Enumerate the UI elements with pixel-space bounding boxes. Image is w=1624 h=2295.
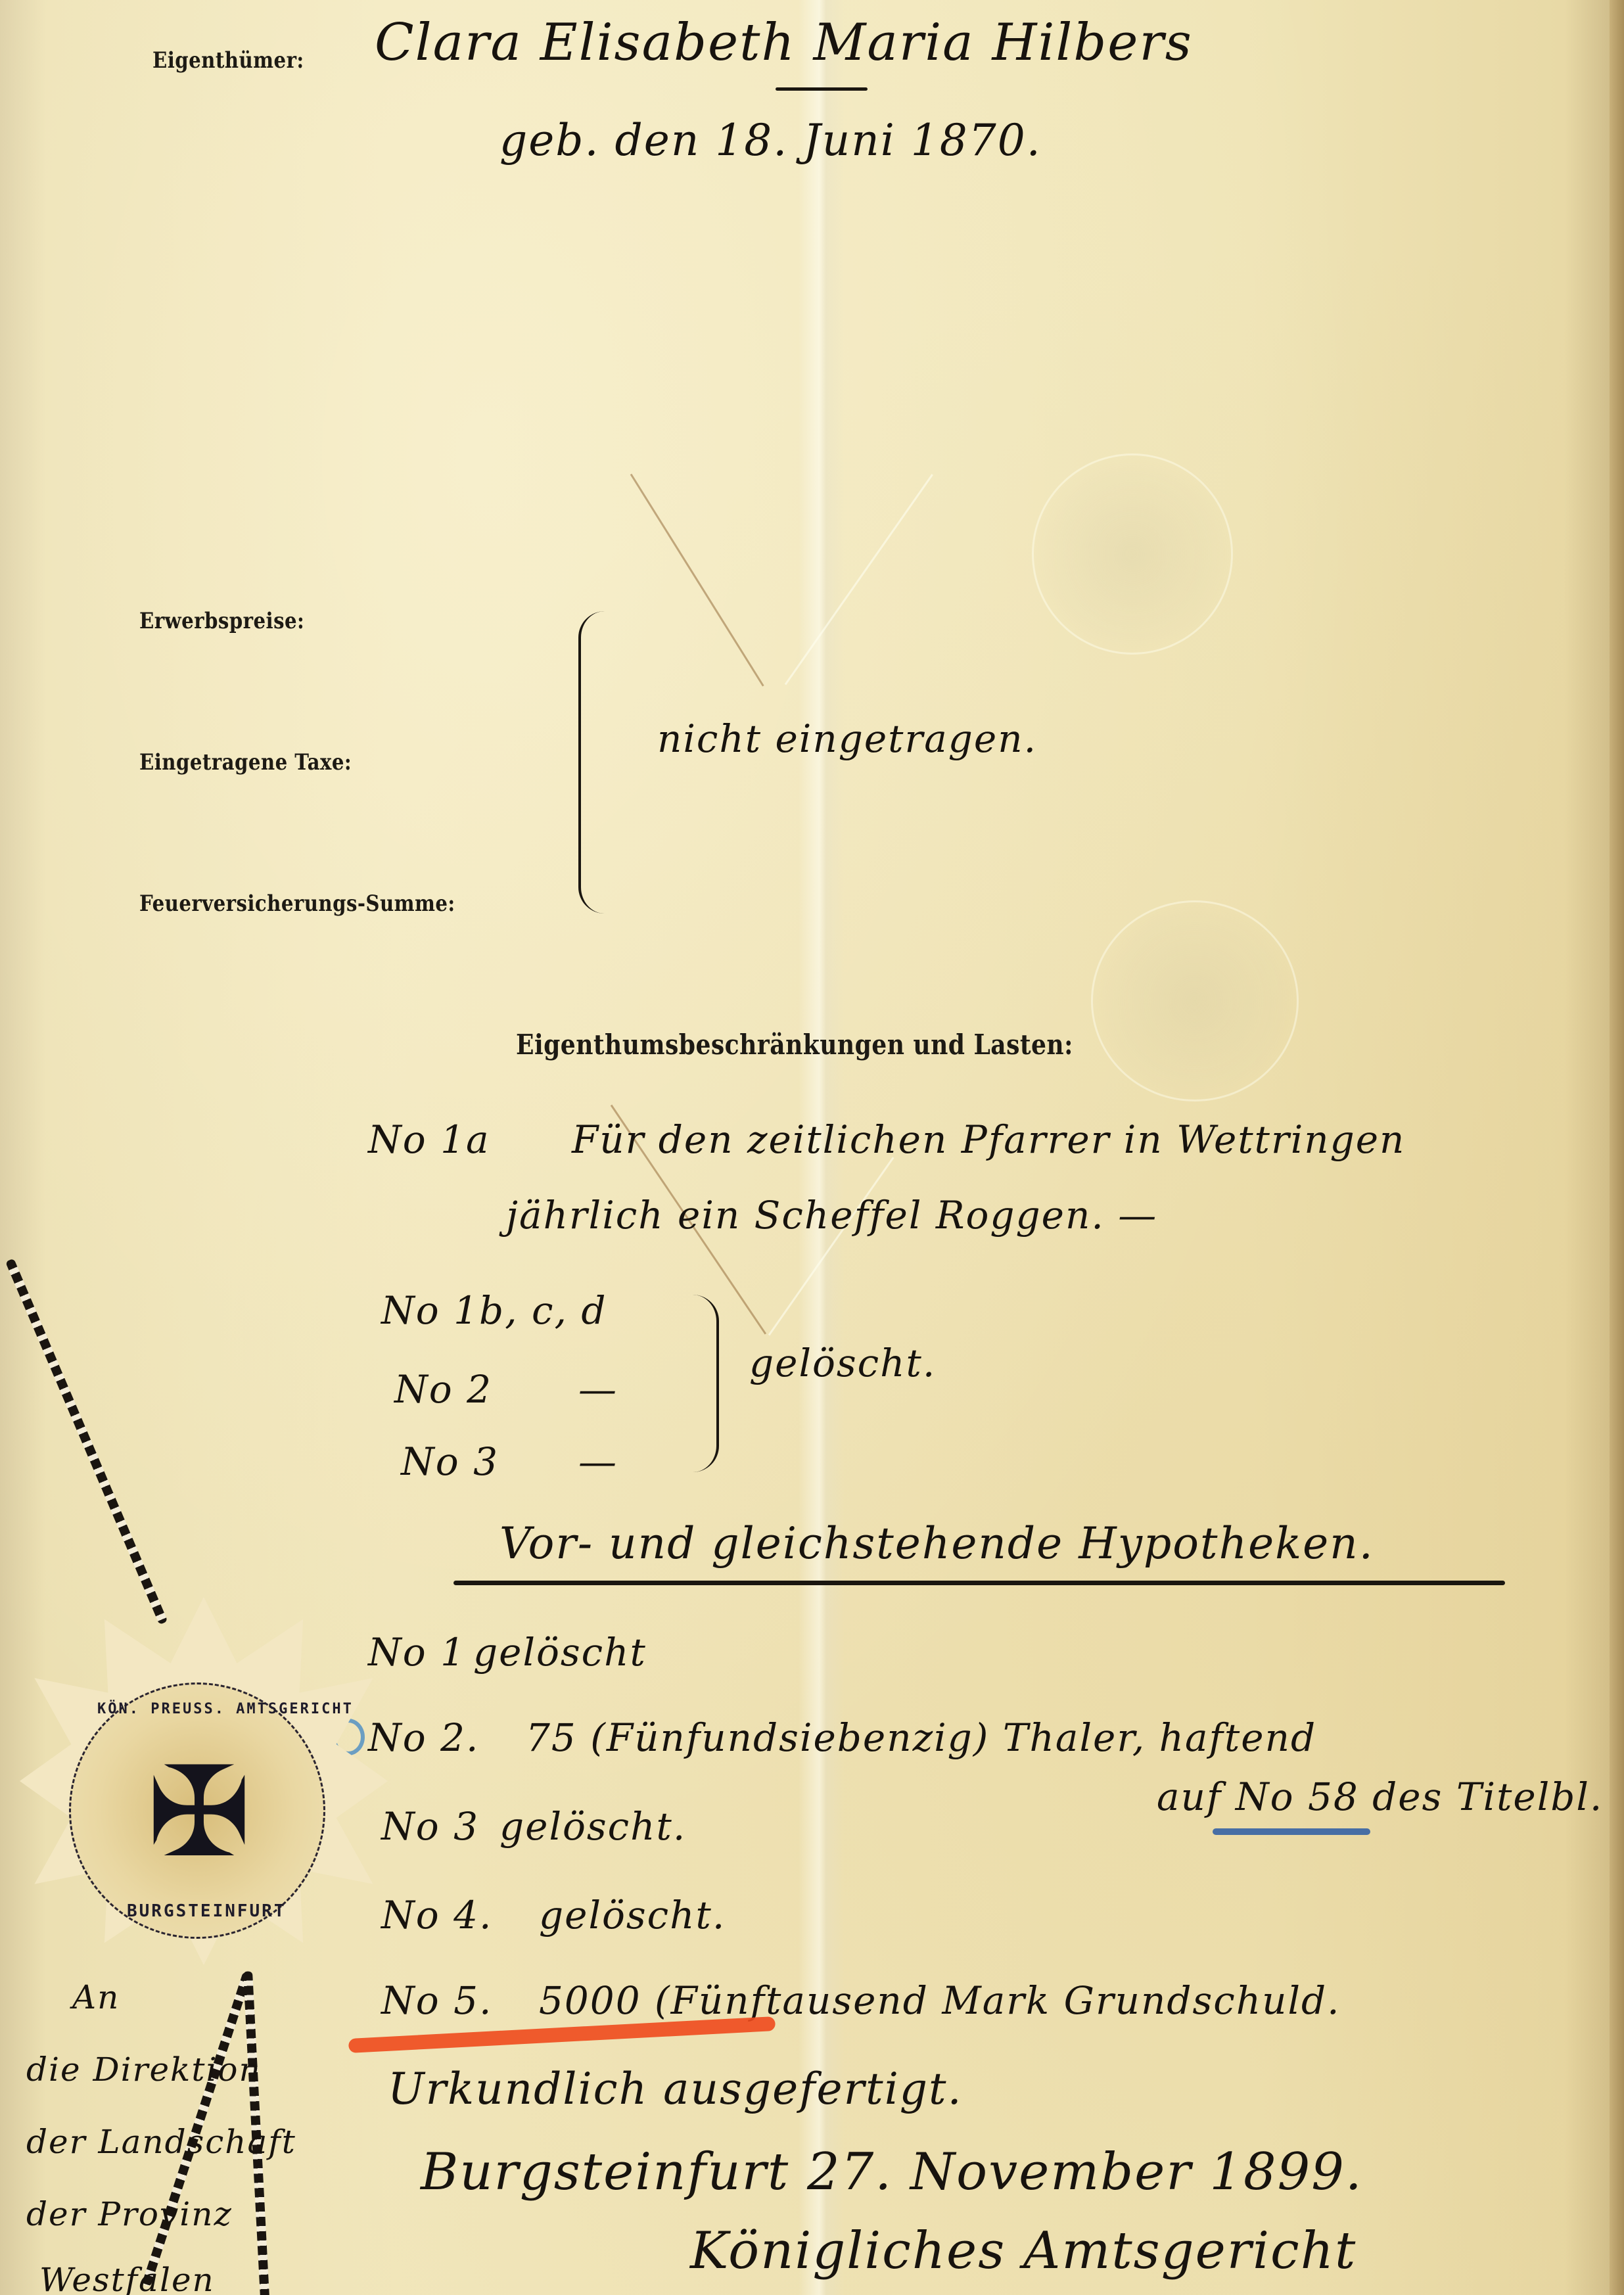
mortgage-text: 75 (Fünfundsiebenzig) Thaler, haftend xyxy=(526,1715,1316,1760)
restriction-text: Für den zeitlichen Pfarrer in Wettringen xyxy=(572,1117,1405,1162)
restriction-no: No 2 xyxy=(394,1367,492,1412)
registered-tax-label: Eingetragene Taxe: xyxy=(139,749,352,776)
fire-insurance-label: Feuerversicherungs-Summe: xyxy=(139,891,455,917)
mortgage-text: gelöscht. xyxy=(499,1804,686,1849)
owner-underline xyxy=(776,87,868,91)
values-not-registered: nicht eingetragen. xyxy=(657,716,1037,761)
values-brace xyxy=(578,611,607,914)
restriction-dash: — xyxy=(578,1367,618,1412)
owner-label: Eigenthümer: xyxy=(152,47,304,74)
fold-crease-left xyxy=(630,474,764,687)
mortgage-no: No 4. xyxy=(381,1893,492,1937)
embossed-seal-top xyxy=(1032,453,1233,655)
binding-string-upper xyxy=(5,1259,168,1625)
restrictions-deleted: gelöscht. xyxy=(749,1341,936,1385)
certification-line: Urkundlich ausgefertigt. xyxy=(388,2064,963,2114)
mortgage-text: gelöscht xyxy=(473,1630,647,1675)
mortgage-text-continued: auf No 58 des Titelbl. xyxy=(1157,1774,1603,1819)
blue-underline xyxy=(1213,1828,1370,1835)
mortgage-text: 5000 (Fünftausend Mark Grundschuld. xyxy=(539,1978,1341,2023)
owner-name: Clara Elisabeth Maria Hilbers xyxy=(375,13,1193,72)
mortgage-text: gelöscht. xyxy=(539,1893,726,1937)
margin-note-line: An xyxy=(72,1978,120,2016)
certification-authority: Königliches Amtsgericht xyxy=(690,2221,1357,2281)
restriction-dash: — xyxy=(578,1439,618,1484)
page-edge xyxy=(1610,0,1624,2295)
restriction-text: jährlich ein Scheffel Roggen. — xyxy=(506,1193,1157,1238)
restriction-no: No 1b, c, d xyxy=(381,1288,607,1333)
owner-birth: geb. den 18. Juni 1870. xyxy=(499,115,1042,166)
mortgages-heading: Vor- und gleichstehende Hypotheken. xyxy=(499,1518,1374,1569)
margin-note-line: die Direktion xyxy=(26,2051,262,2089)
margin-note-line: Westfalen xyxy=(39,2261,215,2295)
mortgage-no: No 3 xyxy=(381,1804,479,1849)
margin-note-line: der Landschaft xyxy=(26,2123,296,2161)
certification-place-date: Burgsteinfurt 27. November 1899. xyxy=(421,2143,1363,2202)
mortgage-no: No 1 xyxy=(368,1630,466,1675)
embossed-seal-bottom xyxy=(1091,900,1299,1101)
mortgages-heading-underline xyxy=(453,1581,1505,1585)
purchase-price-label: Erwerbspreise: xyxy=(139,608,304,634)
mortgage-no: No 2. xyxy=(368,1715,479,1760)
court-stamp: KÖN. PREUSS. AMTSGERICHT ✠ BURGSTEINFURT xyxy=(69,1682,325,1939)
restriction-no: No 3 xyxy=(401,1439,499,1484)
prussian-eagle-icon: ✠ xyxy=(130,1740,268,1885)
restrictions-brace xyxy=(690,1295,719,1472)
stamp-bottom-text: BURGSTEINFURT xyxy=(127,1901,287,1921)
mortgage-no: No 5. xyxy=(381,1978,492,2023)
margin-note-line: der Provinz xyxy=(26,2195,233,2233)
restriction-no: No 1a xyxy=(368,1117,490,1162)
restrictions-heading: Eigenthumsbeschränkungen und Lasten: xyxy=(516,1029,1073,1061)
stamp-top-text: KÖN. PREUSS. AMTSGERICHT xyxy=(97,1701,354,1717)
